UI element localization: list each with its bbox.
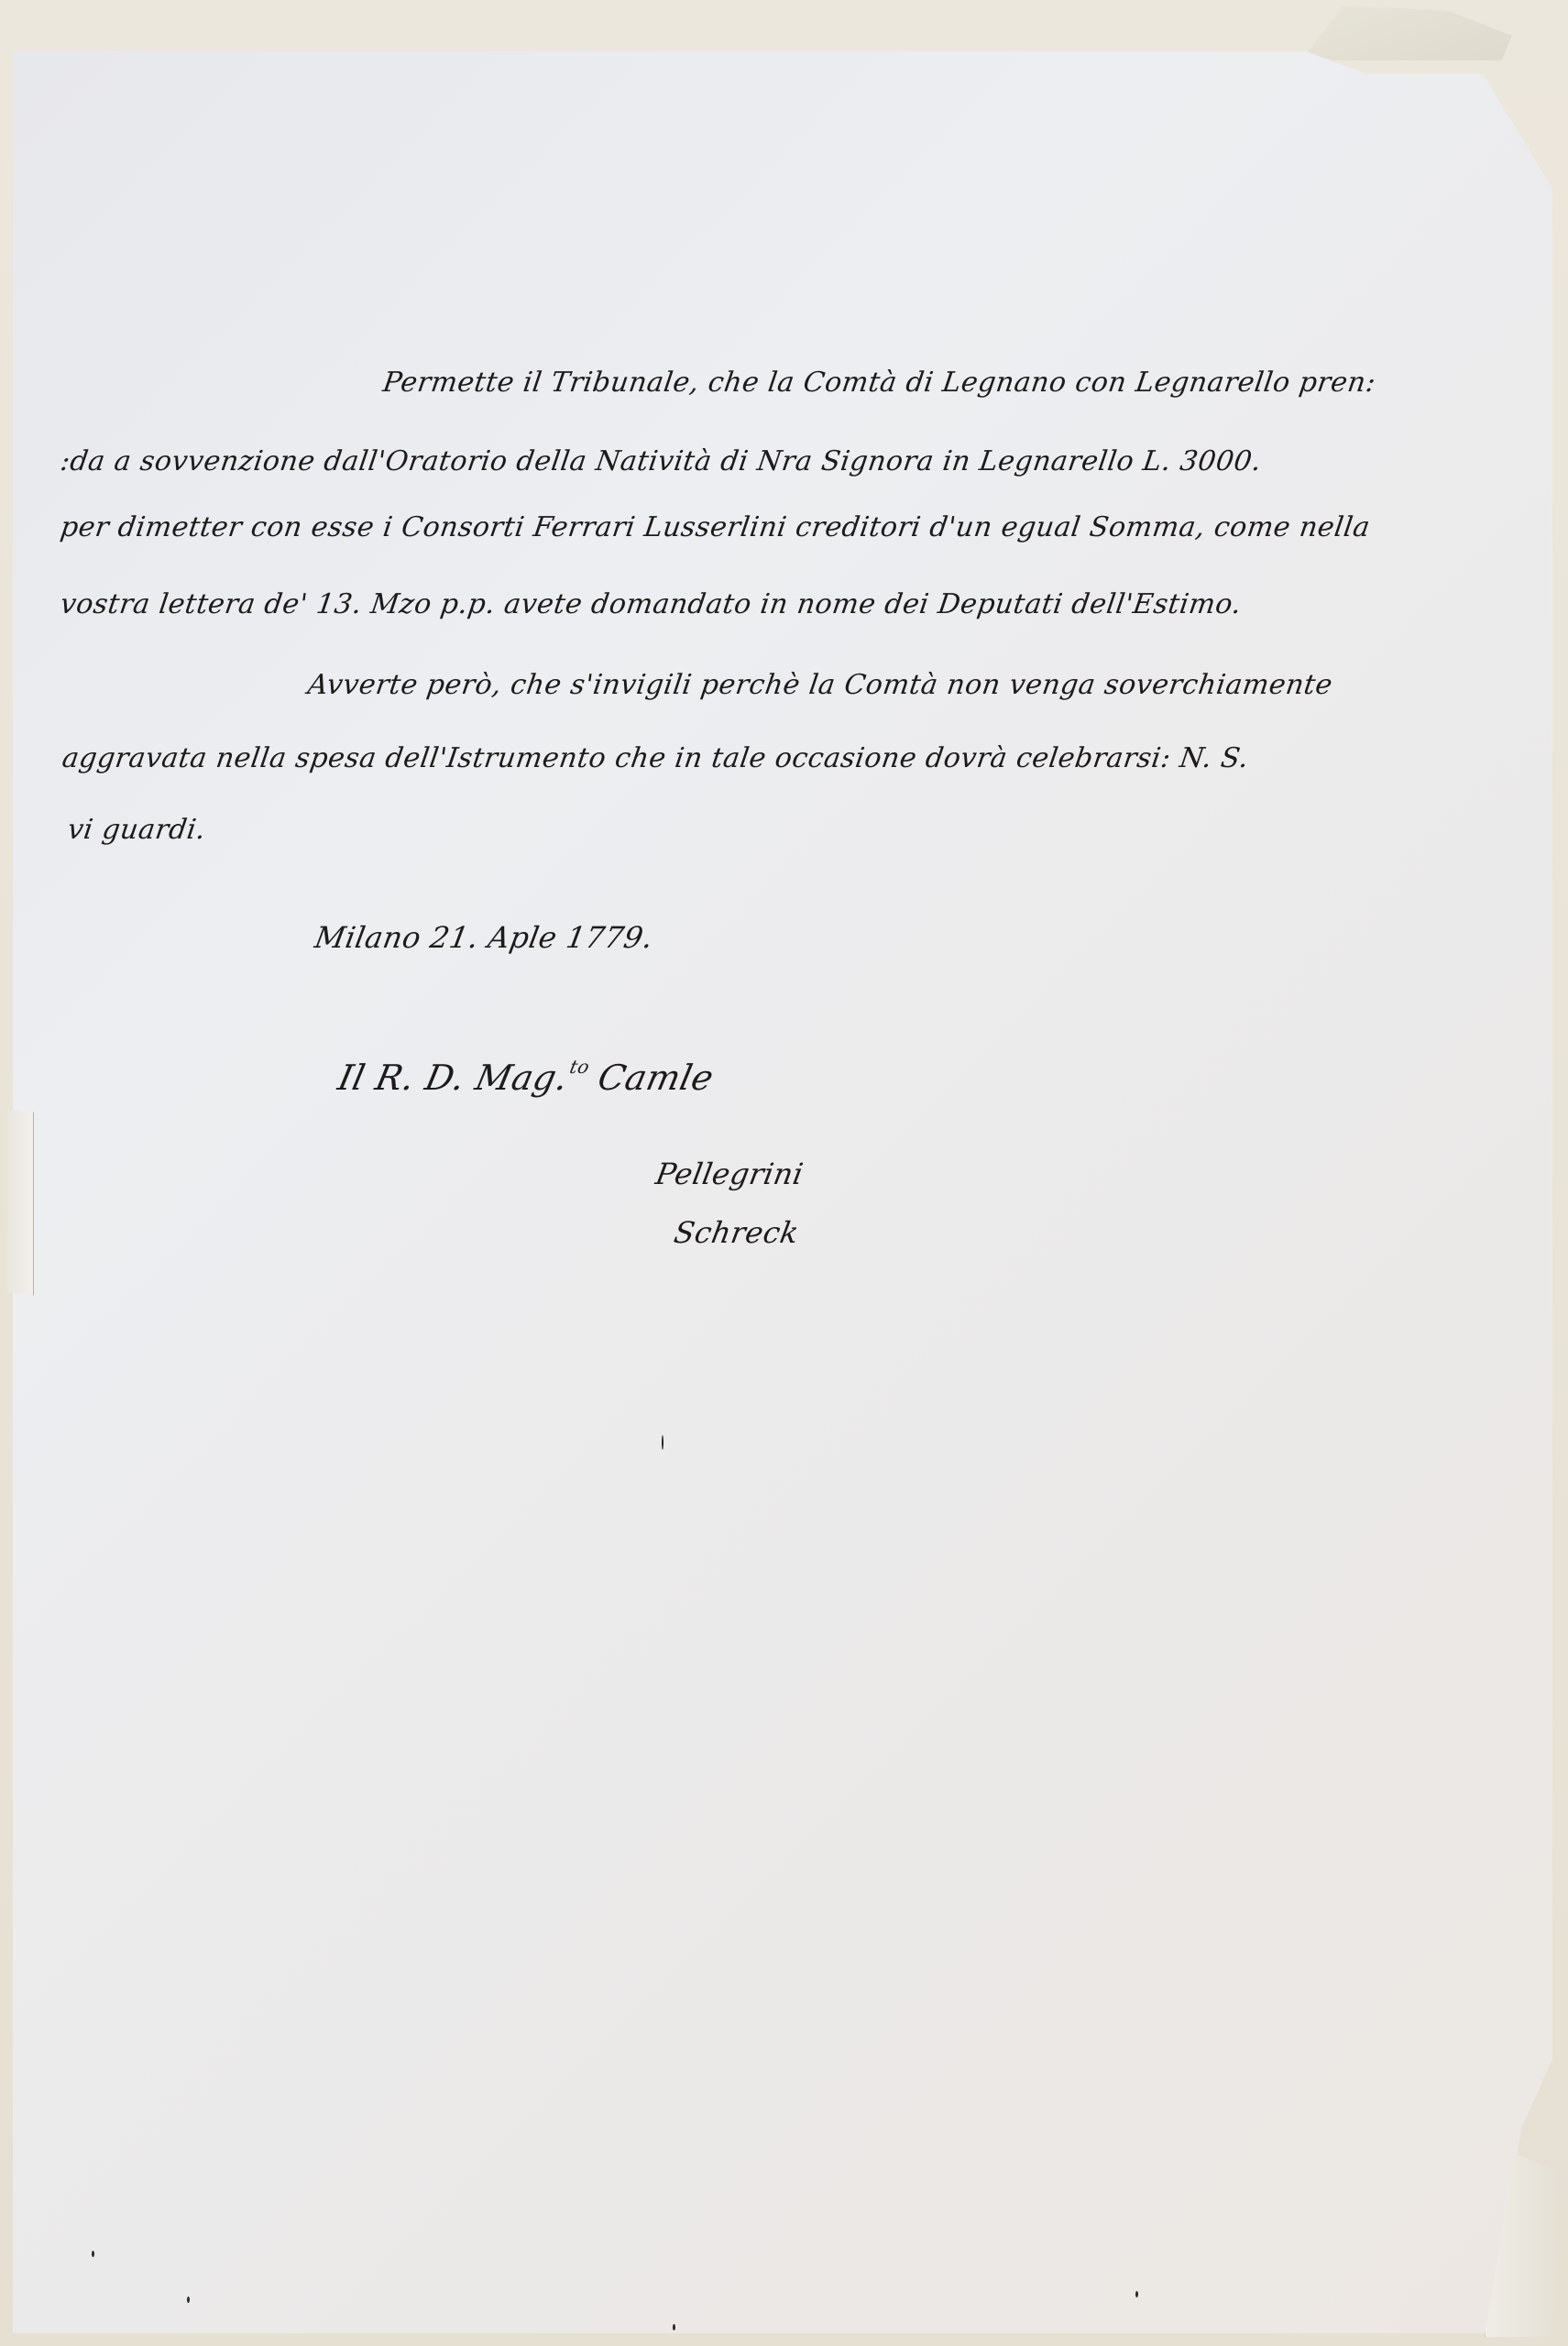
office-superscript: to [568,1056,592,1078]
paragraph-1-line-3: per dimetter con esse i Consorti Ferrari… [58,510,1372,546]
paragraph-2-line-1: Avverte però, che s'invigili perchè la C… [305,667,1334,704]
dateline: Milano 21. Aple 1779. [313,920,656,955]
signer-pellegrini: Pellegrini [653,1157,806,1191]
paragraph-2-line-2: aggravata nella spesa dell'Istrumento ch… [60,740,1251,777]
signer-schreck: Schreck [672,1215,802,1250]
office-signature: Il R. D. Mag.to Camle [334,1056,718,1098]
paragraph-2-line-3: vi guardi. [65,812,208,849]
paragraph-1-line-4: vostra lettera de' 13. Mzo p.p. avete do… [58,586,1244,623]
handwritten-text: Permette il Tribunale, che la Comtà di L… [0,0,1568,2346]
paragraph-1-line-1: Permette il Tribunale, che la Comtà di L… [380,365,1378,401]
office-prefix: Il R. D. Mag. [334,1058,572,1098]
office-suffix: Camle [595,1058,718,1098]
paragraph-1-line-2: :da a sovvenzione dall'Oratorio della Na… [58,444,1264,480]
